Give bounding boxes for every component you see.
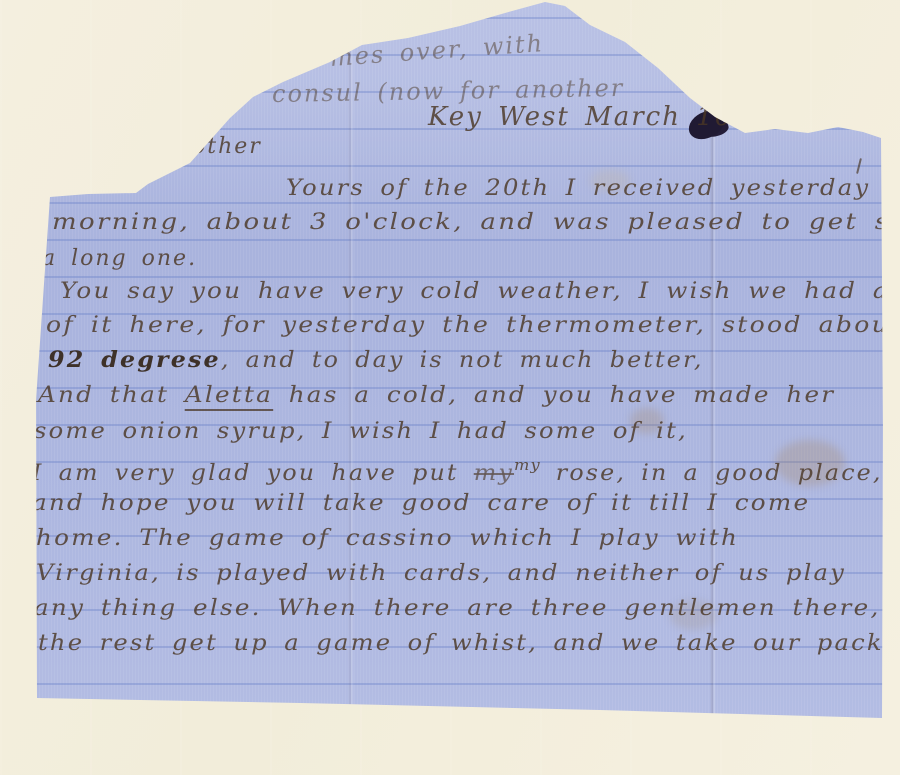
letter-line: any thing else. When there are three gen…: [34, 596, 881, 621]
letter-line-text: has a cold, and you have made her: [273, 383, 835, 408]
letter-line: home. The game of cassino which I play w…: [36, 526, 739, 551]
letter-line: 92 degrese, and to day is not much bette…: [48, 347, 704, 373]
stray-pen-mark: [856, 158, 862, 174]
temperature-value: 92 degrese: [48, 347, 221, 373]
torn-line-fragment: mes over, with: [329, 29, 545, 72]
letter-line: Virginia, is played with cards, and neit…: [36, 561, 846, 586]
letter-line-text: I am very glad you have put: [32, 461, 474, 486]
letter-line: I am very glad you have put mymy rose, i…: [32, 456, 883, 486]
letter-line-text: rose, in a good place,: [541, 461, 883, 486]
letter-line: Yours of the 20th I received yesterday: [286, 176, 870, 201]
letter-line: the rest get up a game of whist, and we …: [38, 631, 884, 656]
letter-paper: mes over, with consul (now for another K…: [30, 0, 886, 722]
letter-line-text: , and to day is not much better,: [221, 348, 704, 373]
letter-line: You say you have very cold weather, I wi…: [60, 279, 900, 304]
letter-line: a long one.: [42, 246, 197, 271]
salutation-fragment: other: [192, 134, 262, 159]
letter-line: some onion syrup, I wish I had some of i…: [34, 419, 688, 444]
letter-line-text: And that: [38, 383, 185, 408]
struck-out-word: my: [474, 461, 514, 486]
letter-line: morning, about 3 o'clock, and was please…: [52, 210, 900, 235]
letter-line: of it here, for yesterday the thermomete…: [46, 313, 900, 338]
inserted-word: my: [514, 456, 541, 474]
dateline: Key West March 10 185: [428, 102, 804, 132]
letter-line: and hope you will take good care of it t…: [32, 491, 810, 516]
letter-line: And that Aletta has a cold, and you have…: [38, 383, 835, 408]
underlined-name: Aletta: [185, 383, 273, 411]
